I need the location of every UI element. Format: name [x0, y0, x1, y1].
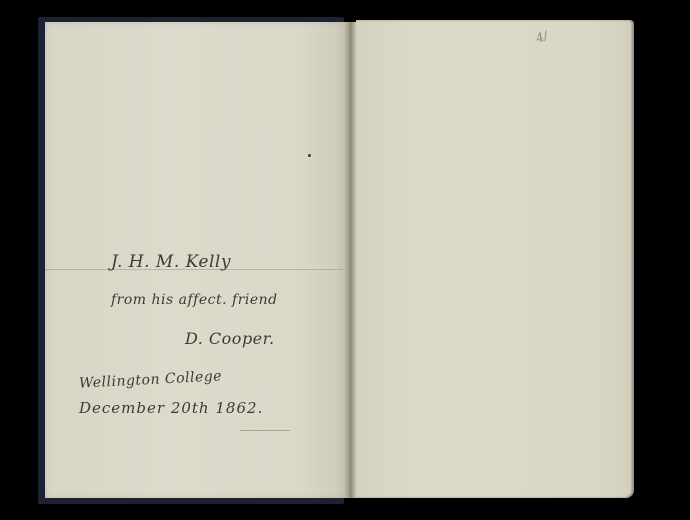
paper-speck	[308, 154, 311, 157]
inscription-signature: D. Cooper.	[185, 329, 275, 348]
pencil-dash	[240, 430, 290, 431]
pencil-page-mark: 4/	[534, 28, 550, 45]
inscription-dedication: from his affect. friend	[111, 292, 278, 308]
inscription-place: Wellington College	[79, 368, 223, 391]
left-flyleaf-page: J. H. M. Kelly from his affect. friend D…	[45, 22, 343, 498]
right-blank-page: 4/	[356, 20, 634, 498]
inscription-date: December 20th 1862.	[79, 399, 263, 417]
inscription-recipient: J. H. M. Kelly	[111, 252, 231, 272]
book-gutter	[343, 22, 357, 498]
